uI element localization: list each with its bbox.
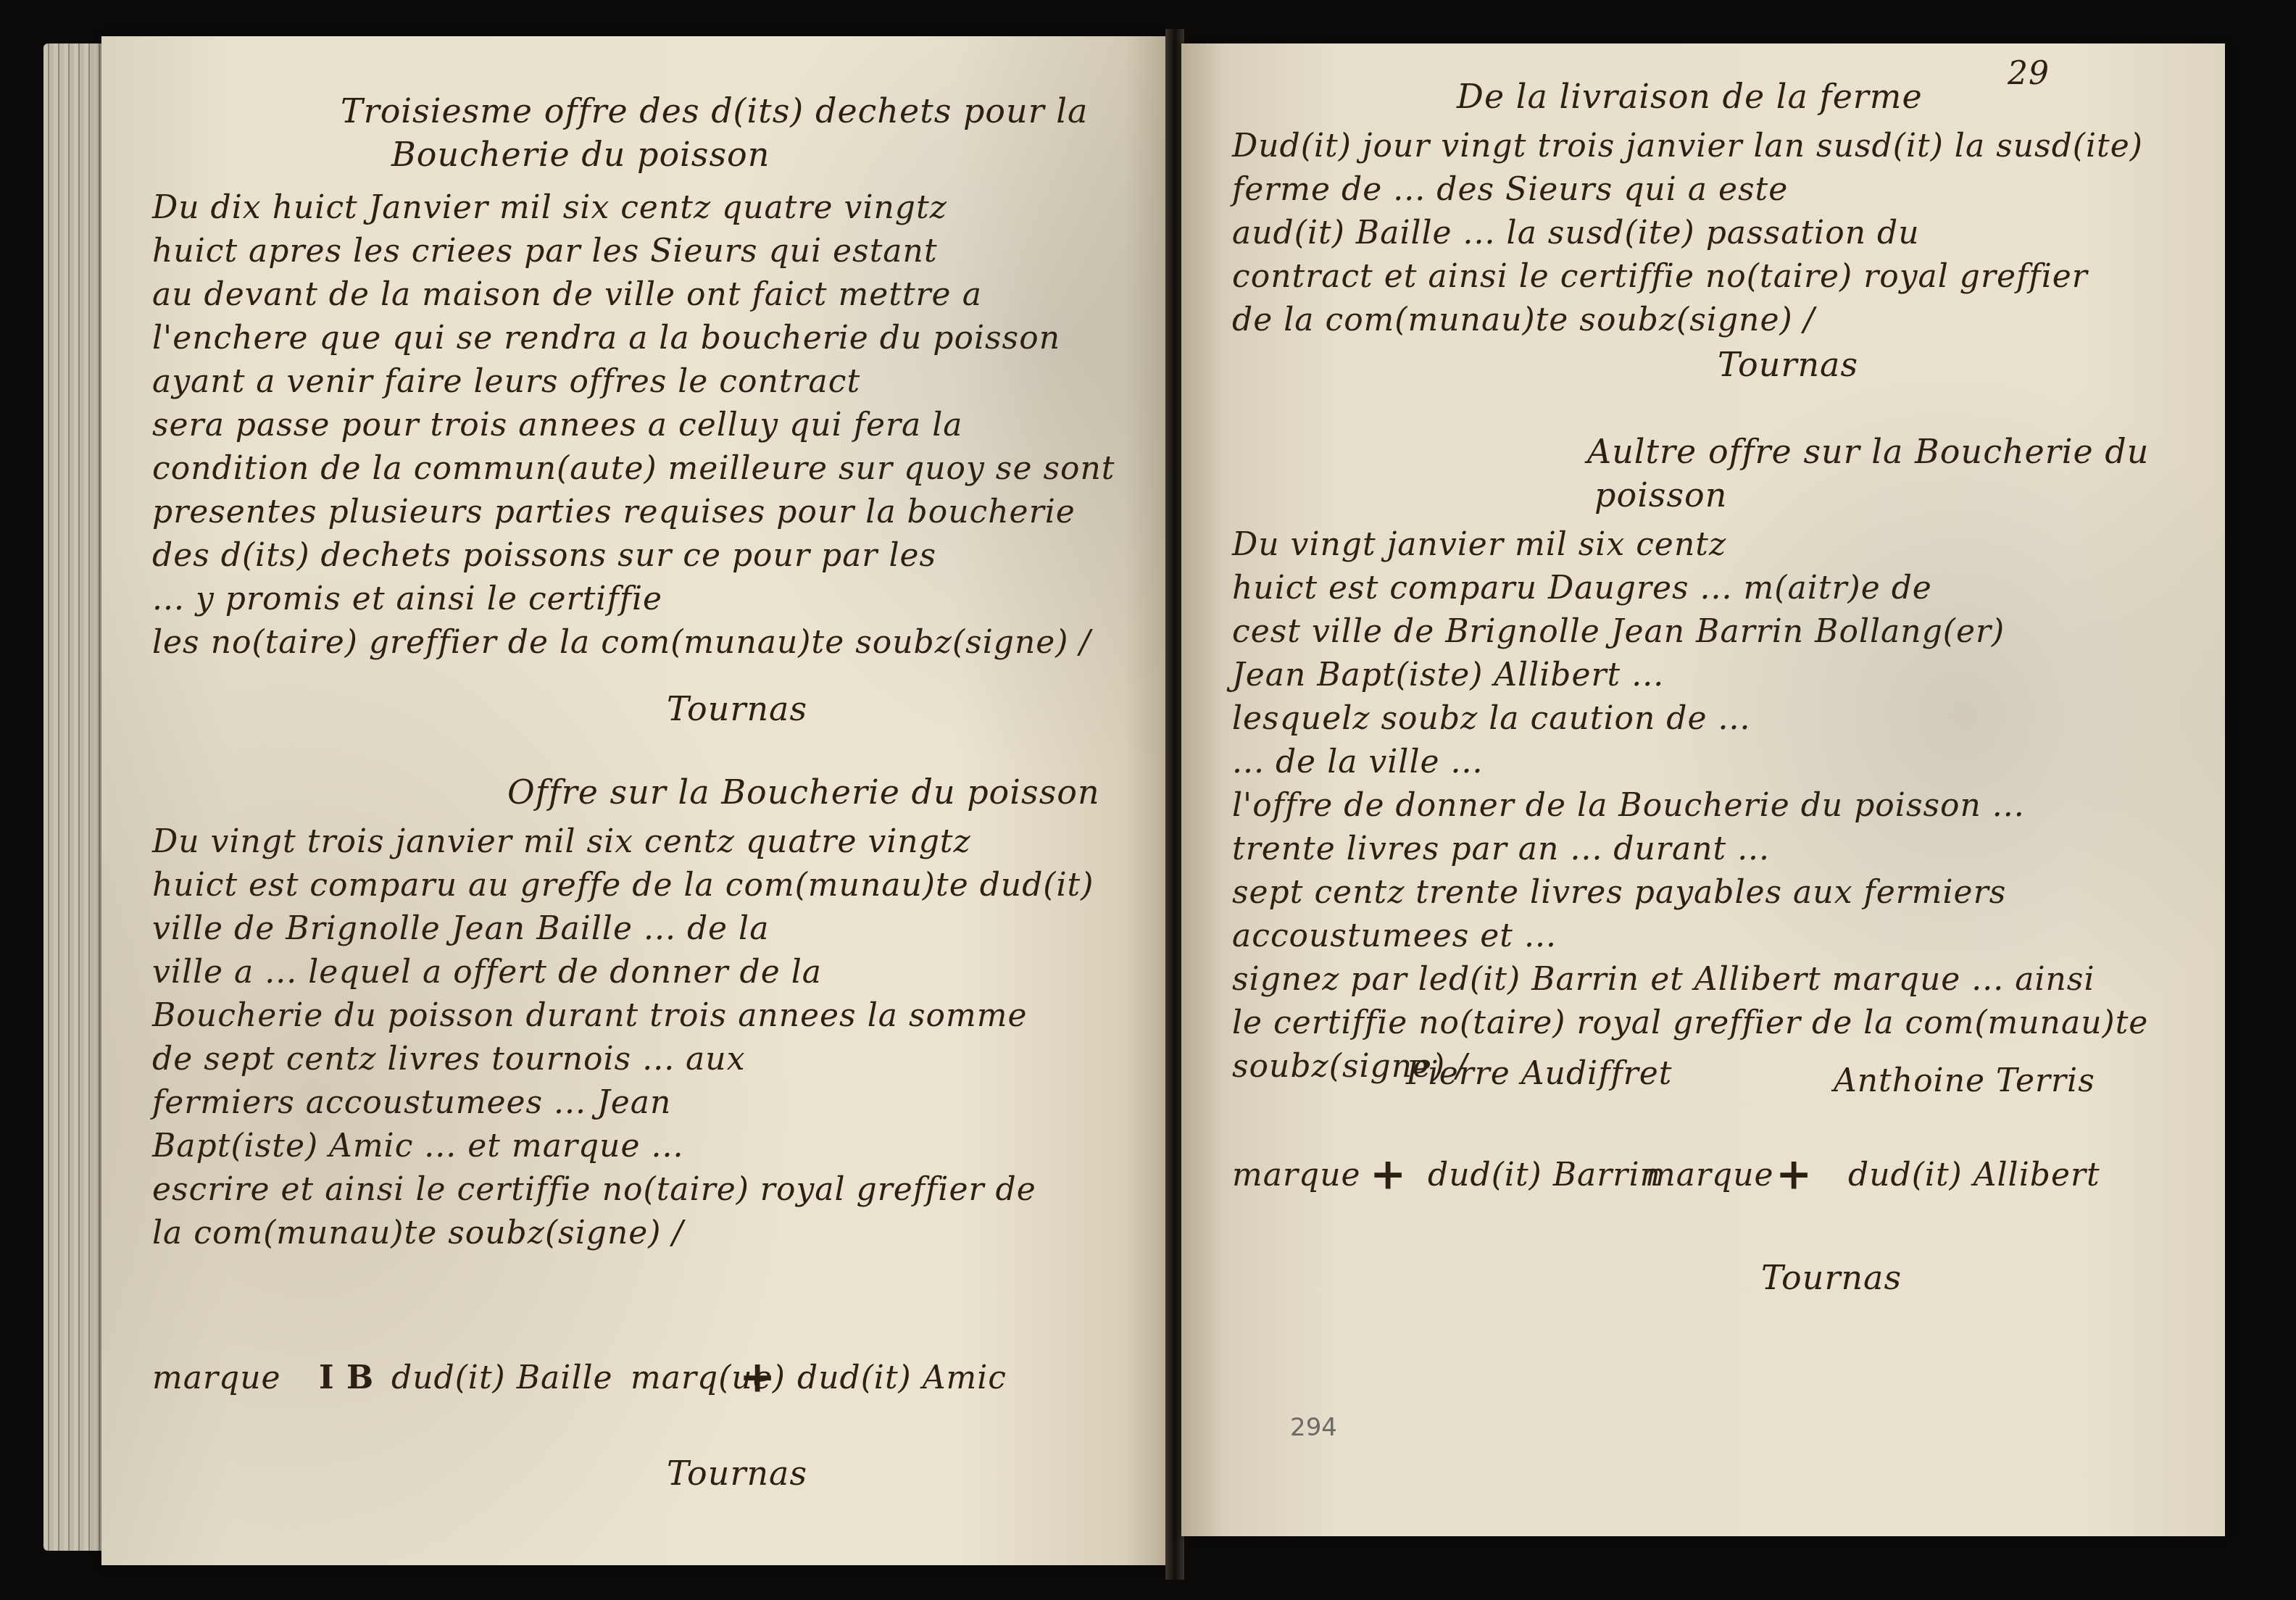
- signature-tournas: Tournas: [1718, 348, 1858, 381]
- text-line: de sept centz livres tournois ... aux: [152, 1043, 746, 1075]
- cross-mark-icon: +: [1370, 1152, 1407, 1196]
- folio-number: 29: [2008, 58, 2050, 90]
- text-line: sept centz trente livres payables aux fe…: [1232, 877, 2006, 909]
- text-line: le certiffie no(taire) royal greffier de…: [1232, 1007, 2148, 1039]
- right-heading-2-line-1: Aultre offre sur la Boucherie du: [1587, 435, 2149, 468]
- text-line: Du dix huict Janvier mil six centz quatr…: [152, 192, 947, 224]
- text-line: huict apres les criees par les Sieurs qu…: [152, 236, 938, 267]
- text-line: Boucherie du poisson durant trois annees…: [152, 1000, 1028, 1032]
- text-line: accoustumees et ...: [1232, 920, 1557, 952]
- text-line: de la com(munau)te soubz(signe) /: [1232, 304, 1815, 336]
- text-line: Dud(it) jour vingt trois janvier lan sus…: [1232, 130, 2143, 162]
- witness-signature: Anthoine Terris: [1834, 1065, 2095, 1097]
- text-line: cest ville de Brignolle Jean Barrin Boll…: [1232, 616, 2005, 648]
- text-line: ayant a venir faire leurs offres le cont…: [152, 366, 860, 398]
- text-line: Jean Bapt(iste) Allibert ...: [1232, 659, 1664, 691]
- text-line: ville de Brignolle Jean Baille ... de la: [152, 913, 769, 945]
- text-line: ... de la ville ...: [1232, 746, 1484, 778]
- right-heading: De la livraison de la ferme: [1457, 80, 1923, 113]
- text-line: signez par led(it) Barrin et Allibert ma…: [1232, 964, 2095, 996]
- text-line: huict est comparu Daugres ... m(aitr)e d…: [1232, 572, 1932, 604]
- text-line: sera passe pour trois annees a celluy qu…: [152, 409, 963, 441]
- cross-mark-icon: +: [1776, 1152, 1813, 1196]
- left-page: Troisiesme offre des d(its) dechets pour…: [101, 36, 1167, 1565]
- text-line: aud(it) Baille ... la susd(ite) passatio…: [1232, 217, 1920, 249]
- text-line: condition de la commun(aute) meilleure s…: [152, 453, 1115, 485]
- text-line: escrire et ainsi le certiffie no(taire) …: [152, 1174, 1036, 1206]
- text-line: au devant de la maison de ville ont faic…: [152, 279, 982, 311]
- left-heading-line-1: Troisiesme offre des d(its) dechets pour…: [341, 94, 1088, 128]
- signature-tournas: Tournas: [667, 1457, 807, 1490]
- right-heading-2-line-2: poisson: [1594, 478, 1727, 512]
- mark-name: dud(it) Amic: [797, 1362, 1007, 1394]
- text-line: les no(taire) greffier de la com(munau)t…: [152, 627, 1091, 659]
- text-line: huict est comparu au greffe de la com(mu…: [152, 870, 1094, 901]
- text-line: Bapt(iste) Amic ... et marque ...: [152, 1130, 683, 1162]
- text-line: Du vingt trois janvier mil six centz qua…: [152, 826, 971, 858]
- mark-label: marque: [1645, 1159, 1774, 1191]
- text-line: ferme de ... des Sieurs qui a este: [1232, 174, 1788, 206]
- text-line: des d(its) dechets poissons sur ce pour …: [152, 540, 936, 572]
- text-line: la com(munau)te soubz(signe) /: [152, 1217, 683, 1249]
- text-line: l'offre de donner de la Boucherie du poi…: [1232, 790, 2025, 822]
- text-line: presentes plusieurs parties requises pou…: [152, 496, 1076, 528]
- text-line: contract et ainsi le certiffie no(taire)…: [1232, 261, 2088, 293]
- left-heading-2: Offre sur la Boucherie du poisson: [507, 775, 1100, 809]
- mark-label: marque: [152, 1362, 281, 1394]
- text-line: ville a ... lequel a offert de donner de…: [152, 957, 822, 988]
- signature-tournas: Tournas: [1761, 1261, 1902, 1294]
- signature-tournas: Tournas: [667, 692, 807, 725]
- text-line: lesquelz soubz la caution de ...: [1232, 703, 1750, 735]
- left-heading-line-2: Boucherie du poisson: [391, 138, 770, 171]
- right-page: 29 De la livraison de la ferme Dud(it) j…: [1181, 43, 2225, 1536]
- mark-name: dud(it) Barrin: [1428, 1159, 1661, 1191]
- mark-label: marque: [1232, 1159, 1361, 1191]
- witness-signature: Pierre Audiffret: [1406, 1058, 1672, 1090]
- archive-stamp-number: 294: [1290, 1413, 1337, 1442]
- mark-initials: I B: [319, 1362, 374, 1394]
- text-line: trente livres par an ... durant ...: [1232, 833, 1770, 865]
- mark-name: dud(it) Baille: [391, 1362, 613, 1394]
- text-line: ... y promis et ainsi le certiffie: [152, 583, 662, 615]
- text-line: Du vingt janvier mil six centz: [1232, 529, 1726, 561]
- mark-name: dud(it) Allibert: [1848, 1159, 2100, 1191]
- text-line: l'enchere que qui se rendra a la boucher…: [152, 322, 1060, 354]
- text-line: fermiers accoustumees ... Jean: [152, 1087, 671, 1119]
- cross-mark-icon: +: [739, 1355, 776, 1399]
